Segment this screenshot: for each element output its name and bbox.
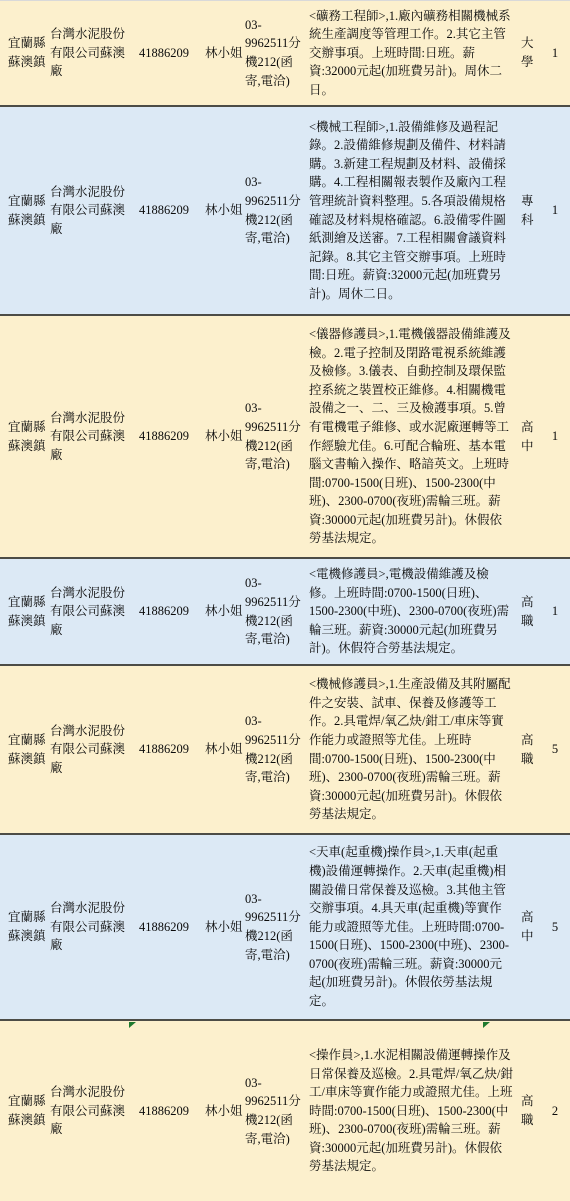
- cell-contact: 林小姐: [205, 740, 245, 759]
- job-row: 宜蘭縣蘇澳鎮 台灣水泥股份有限公司蘇澳廠 41886209 林小姐 03-996…: [0, 316, 570, 559]
- cell-company: 台灣水泥股份有限公司蘇澳廠: [50, 409, 136, 465]
- job-row: 宜蘭縣蘇澳鎮 台灣水泥股份有限公司蘇澳廠 41886209 林小姐 03-996…: [0, 107, 570, 316]
- cell-description: <儀器修護員>,1.電機儀器設備維護及檢。2.電子控制及閉路電視系統維護及檢修。…: [309, 325, 513, 548]
- cell-phone: 03-9962511分機212(函寄,電洽): [245, 173, 303, 247]
- cell-contact: 林小姐: [205, 602, 245, 621]
- cell-id-number: 41886209: [139, 44, 197, 63]
- cell-openings: 5: [545, 918, 565, 937]
- cell-description: <操作員>,1.水泥相關設備運轉操作及日常保養及巡檢。2.具電焊/氧乙炔/鉗工/…: [309, 1046, 513, 1176]
- cell-company: 台灣水泥股份有限公司蘇澳廠: [50, 899, 136, 955]
- cell-id-number: 41886209: [139, 1102, 197, 1121]
- cell-contact: 林小姐: [205, 918, 245, 937]
- cell-id-number: 41886209: [139, 918, 197, 937]
- cell-id-number: 41886209: [139, 740, 197, 759]
- cell-description: <機械工程師>,1.設備維修及過程記錄。2.設備維修規劃及備件、材料請購。3.新…: [309, 118, 513, 304]
- job-listings-table: 宜蘭縣蘇澳鎮 台灣水泥股份有限公司蘇澳廠 41886209 林小姐 03-996…: [0, 0, 570, 1201]
- cell-education: 高中: [521, 908, 537, 945]
- edited-corner-marker-icon: [129, 1022, 136, 1028]
- cell-education: 高職: [521, 593, 537, 630]
- cell-location: 宜蘭縣蘇澳鎮: [8, 908, 48, 945]
- cell-location: 宜蘭縣蘇澳鎮: [8, 34, 48, 71]
- cell-description: <電機修護員>,電機設備維護及檢修。上班時間:0700-1500(日班)、150…: [309, 565, 513, 658]
- cell-education: 高職: [521, 731, 537, 768]
- job-row: 宜蘭縣蘇澳鎮 台灣水泥股份有限公司蘇澳廠 41886209 林小姐 03-996…: [0, 559, 570, 666]
- cell-openings: 2: [545, 1102, 565, 1121]
- cell-company: 台灣水泥股份有限公司蘇澳廠: [50, 183, 136, 239]
- cell-education: 專科: [521, 192, 537, 229]
- cell-openings: 1: [545, 44, 565, 63]
- edited-corner-marker-icon: [483, 1022, 490, 1028]
- cell-company: 台灣水泥股份有限公司蘇澳廠: [50, 1083, 136, 1139]
- cell-education: 大學: [521, 34, 537, 71]
- cell-company: 台灣水泥股份有限公司蘇澳廠: [50, 722, 136, 778]
- cell-description: <天車(起重機)操作員>,1.天車(起重機)設備運轉操作。2.天車(起重機)相關…: [309, 843, 513, 1010]
- cell-phone: 03-9962511分機212(函寄,電洽): [245, 890, 303, 964]
- cell-contact: 林小姐: [205, 427, 245, 446]
- cell-location: 宜蘭縣蘇澳鎮: [8, 593, 48, 630]
- cell-openings: 1: [545, 602, 565, 621]
- cell-id-number: 41886209: [139, 201, 197, 220]
- cell-openings: 1: [545, 201, 565, 220]
- job-row: 宜蘭縣蘇澳鎮 台灣水泥股份有限公司蘇澳廠 41886209 林小姐 03-996…: [0, 1021, 570, 1201]
- cell-education: 高職: [521, 1092, 537, 1129]
- cell-phone: 03-9962511分機212(函寄,電洽): [245, 399, 303, 473]
- cell-location: 宜蘭縣蘇澳鎮: [8, 1092, 48, 1129]
- cell-contact: 林小姐: [205, 201, 245, 220]
- cell-openings: 5: [545, 740, 565, 759]
- cell-description: <礦務工程師>,1.廠內礦務相關機械系統生產調度等管理工作。2.其它主管交辦事項…: [309, 7, 513, 100]
- cell-education: 高中: [521, 418, 537, 455]
- cell-location: 宜蘭縣蘇澳鎮: [8, 418, 48, 455]
- cell-id-number: 41886209: [139, 427, 197, 446]
- cell-phone: 03-9962511分機212(函寄,電洽): [245, 16, 303, 90]
- cell-description: <機械修護員>,1.生產設備及其附屬配件之安裝、試車、保養及修護等工作。2.具電…: [309, 675, 513, 824]
- cell-openings: 1: [545, 427, 565, 446]
- cell-contact: 林小姐: [205, 44, 245, 63]
- cell-company: 台灣水泥股份有限公司蘇澳廠: [50, 584, 136, 640]
- cell-phone: 03-9962511分機212(函寄,電洽): [245, 712, 303, 786]
- cell-location: 宜蘭縣蘇澳鎮: [8, 192, 48, 229]
- cell-phone: 03-9962511分機212(函寄,電洽): [245, 574, 303, 648]
- cell-phone: 03-9962511分機212(函寄,電洽): [245, 1074, 303, 1148]
- job-row: 宜蘭縣蘇澳鎮 台灣水泥股份有限公司蘇澳廠 41886209 林小姐 03-996…: [0, 1, 570, 107]
- cell-id-number: 41886209: [139, 602, 197, 621]
- cell-contact: 林小姐: [205, 1102, 245, 1121]
- cell-location: 宜蘭縣蘇澳鎮: [8, 731, 48, 768]
- job-row: 宜蘭縣蘇澳鎮 台灣水泥股份有限公司蘇澳廠 41886209 林小姐 03-996…: [0, 666, 570, 835]
- cell-company: 台灣水泥股份有限公司蘇澳廠: [50, 25, 136, 81]
- job-row: 宜蘭縣蘇澳鎮 台灣水泥股份有限公司蘇澳廠 41886209 林小姐 03-996…: [0, 835, 570, 1021]
